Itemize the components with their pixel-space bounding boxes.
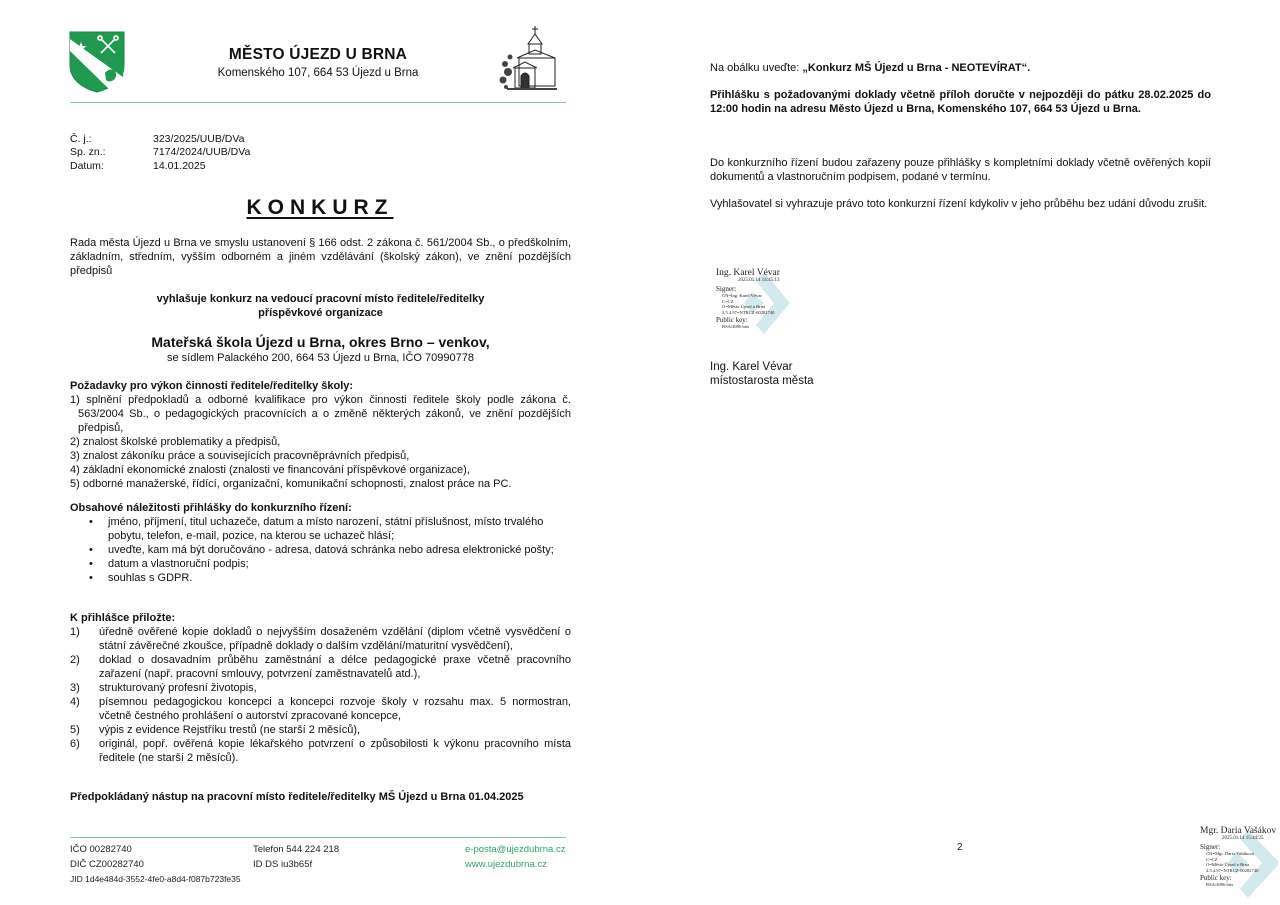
municipality-address: Komenského 107, 664 53 Újezd u Brna [140, 67, 496, 79]
envelope-instruction: Na obálku uveďte: „Konkurz MŠ Újezd u Br… [710, 61, 1211, 75]
school-name: Mateřská škola Újezd u Brna, okres Brno … [70, 334, 571, 351]
coat-of-arms-icon [69, 31, 125, 93]
requirements-list: 1) splnění předpokladů a odborné kvalifi… [70, 393, 571, 491]
digital-signature-1: Ing. Karel Vévar 2025.01.14 14:45:13 Sig… [716, 268, 780, 330]
requirements-heading: Požadavky pro výkon činnosti ředitele/ře… [70, 379, 571, 393]
attachments-list: 1)úředně ověřené kopie dokladů o nejvyšš… [70, 625, 571, 765]
contents-section: Obsahové náležitosti přihlášky do konkur… [70, 501, 571, 585]
signer-block: Ing. Karel Vévar místostarosta města [710, 360, 814, 388]
email-link[interactable]: e-posta@ujezdubrna.cz [465, 843, 565, 858]
start-date-line: Předpokládaný nástup na pracovní místo ř… [70, 790, 571, 804]
reference-row: Č. j.:323/2025/UUB/DVa [70, 133, 250, 146]
intro-paragraph: Rada města Újezd u Brna ve smyslu ustano… [70, 236, 571, 278]
attachments-section: K přihlášce přiložte: 1)úředně ověřené k… [70, 611, 571, 765]
list-item: 4) základní ekonomické znalosti (znalost… [70, 463, 571, 477]
announcement: vyhlašuje konkurz na vedoucí pracovní mí… [70, 292, 571, 320]
digital-signature-2: Mgr. Daria Vašákov 2025.01.14 15:44:25 S… [1200, 826, 1276, 888]
list-item: 1)úředně ověřené kopie dokladů o nejvyšš… [70, 625, 571, 653]
list-item: 1) splnění předpokladů a odborné kvalifi… [70, 393, 571, 435]
list-item: 4)písemnou pedagogickou koncepci a konce… [70, 695, 571, 723]
list-item: uveďte, kam má být doručováno - adresa, … [70, 543, 560, 557]
school-block: Mateřská škola Újezd u Brna, okres Brno … [70, 334, 571, 365]
list-item: 5)výpis z evidence Rejstříku trestů (ne … [70, 723, 571, 737]
completeness-paragraph: Do konkurzního řízení budou zařazeny pou… [710, 156, 1211, 184]
contents-heading: Obsahové náležitosti přihlášky do konkur… [70, 501, 571, 515]
list-item: 2)doklad o dosavadním průběhu zaměstnání… [70, 653, 571, 681]
footer-divider [70, 837, 566, 838]
signer-name: Ing. Karel Vévar [710, 360, 814, 374]
chapel-drawing-icon [497, 24, 565, 94]
header-divider [70, 102, 566, 103]
school-seat: se sídlem Palackého 200, 664 53 Újezd u … [70, 351, 571, 365]
website-link[interactable]: www.ujezdubrna.cz [465, 858, 565, 873]
document-title: KONKURZ [70, 196, 570, 220]
list-item: souhlas s GDPR. [70, 571, 560, 585]
list-item: 3)strukturovaný profesní životopis, [70, 681, 571, 695]
requirements-section: Požadavky pro výkon činnosti ředitele/ře… [70, 379, 571, 491]
list-item: 6)originál, popř. ověřená kopie lékařské… [70, 737, 571, 765]
reservation-paragraph: Vyhlašovatel si vyhrazuje právo toto kon… [710, 197, 1211, 211]
deadline-paragraph: Přihlášku s požadovanými doklady včetně … [710, 88, 1211, 116]
list-item: 2) znalost školské problematiky a předpi… [70, 435, 571, 449]
date-row: Datum:14.01.2025 [70, 160, 250, 173]
list-item: 3) znalost zákoníku práce a souvisejícíc… [70, 449, 571, 463]
list-item: datum a vlastnoruční podpis; [70, 557, 560, 571]
footer-links: e-posta@ujezdubrna.cz www.ujezdubrna.cz [465, 843, 565, 872]
signer-role: místostarosta města [710, 374, 814, 388]
reference-block: Č. j.:323/2025/UUB/DVa Sp. zn.:7174/2024… [70, 133, 250, 173]
list-item: jméno, příjmení, titul uchazeče, datum a… [70, 515, 560, 543]
attachments-heading: K přihlášce přiložte: [70, 611, 571, 625]
contents-list: jméno, příjmení, titul uchazeče, datum a… [70, 515, 560, 585]
municipality-title: MĚSTO ÚJEZD U BRNA [140, 46, 496, 64]
footer-contact: Telefon 544 224 218 ID DS iu3b65f [253, 843, 339, 872]
page-2: Na obálku uveďte: „Konkurz MŠ Újezd u Br… [640, 0, 1280, 905]
file-number-row: Sp. zn.:7174/2024/UUB/DVa [70, 146, 250, 159]
list-item: 5) odborné manažerské, řídící, organizač… [70, 477, 571, 491]
page-1: MĚSTO ÚJEZD U BRNA Komenského 107, 664 5… [0, 0, 640, 905]
page-number: 2 [957, 842, 963, 853]
footer-ids: IČO 00282740 DIČ CZ00282740 JID 1d4e484d… [70, 843, 241, 887]
